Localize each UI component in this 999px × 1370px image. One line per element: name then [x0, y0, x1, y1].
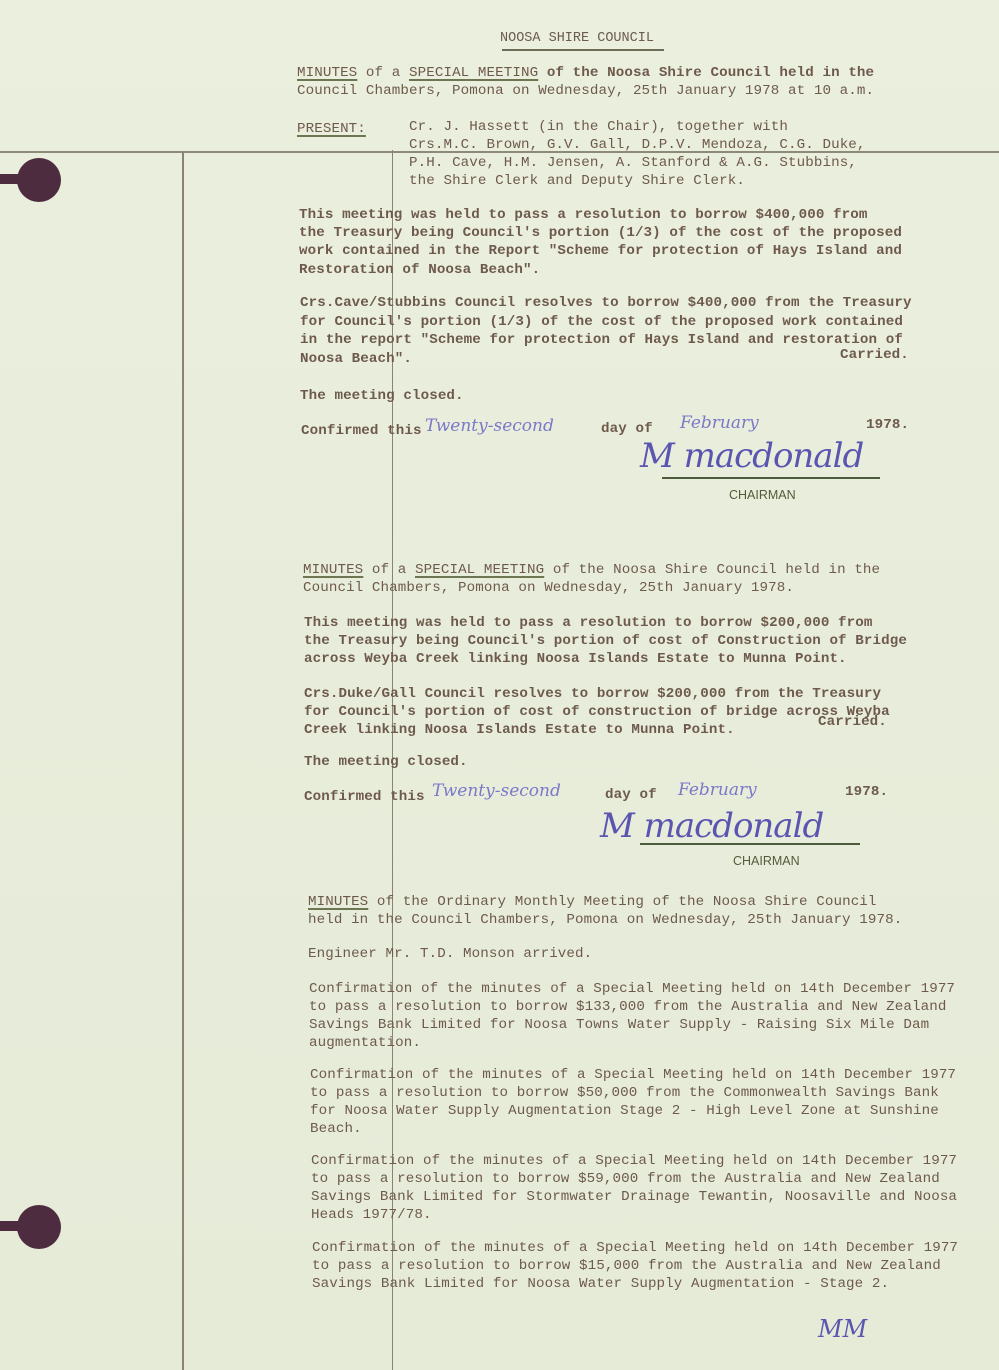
initials-signature: MM — [818, 1315, 867, 1343]
confirmation-line: Confirmation of the minutes of a Special… — [312, 1239, 958, 1257]
meeting-closed: The meeting closed. — [300, 387, 464, 405]
resolution-line: in the report "Scheme for protection of … — [300, 331, 903, 349]
document-page: NOOSA SHIRE COUNCIL MINUTES of a SPECIAL… — [0, 0, 999, 1370]
present-label: PRESENT: — [297, 120, 366, 138]
confirmation-line: Savings Bank Limited for Noosa Water Sup… — [312, 1275, 889, 1293]
carried-label: Carried. — [840, 346, 909, 364]
present-line: Cr. J. Hassett (in the Chair), together … — [409, 118, 788, 136]
section2-heading-line2: Council Chambers, Pomona on Wednesday, 2… — [303, 579, 794, 597]
resolution-line: Creek linking Noosa Islands Estate to Mu… — [304, 721, 735, 739]
handwritten-day: Twenty-second — [425, 416, 554, 436]
chairman-signature: M macdonald — [600, 806, 823, 846]
confirmation-line: Confirmation of the minutes of a Special… — [309, 980, 955, 998]
present-line: the Shire Clerk and Deputy Shire Clerk. — [409, 172, 745, 190]
document-title: NOOSA SHIRE COUNCIL — [500, 31, 654, 46]
confirmation-line: to pass a resolution to borrow $50,000 f… — [310, 1084, 939, 1102]
section3-heading-line1: MINUTES of the Ordinary Monthly Meeting … — [308, 893, 877, 911]
section1-heading-line1: MINUTES of a SPECIAL MEETING of the Noos… — [297, 64, 874, 82]
handwritten-day: Twenty-second — [432, 781, 561, 801]
resolution-line: for Council's portion of cost of constru… — [304, 703, 890, 721]
purpose-line: the Treasury being Council's portion (1/… — [299, 224, 902, 242]
confirmation-line: to pass a resolution to borrow $59,000 f… — [311, 1170, 940, 1188]
signature-line — [662, 477, 880, 479]
meeting-closed: The meeting closed. — [304, 753, 468, 771]
purpose-line: across Weyba Creek linking Noosa Islands… — [304, 650, 847, 668]
confirmation-line: for Noosa Water Supply Augmentation Stag… — [310, 1102, 939, 1120]
section3-heading-line2: held in the Council Chambers, Pomona on … — [308, 911, 902, 929]
purpose-line: the Treasury being Council's portion of … — [304, 632, 907, 650]
confirmation-line: Savings Bank Limited for Noosa Towns Wat… — [309, 1016, 929, 1034]
present-line: P.H. Cave, H.M. Jensen, A. Stanford & A.… — [409, 154, 857, 172]
chairman-label: CHAIRMAN — [733, 854, 800, 868]
confirmed-prefix: Confirmed this — [301, 422, 422, 440]
handwritten-month: February — [678, 780, 757, 800]
confirmation-line: augmentation. — [309, 1034, 421, 1052]
confirmation-line: to pass a resolution to borrow $133,000 … — [309, 998, 946, 1016]
confirmed-year: 1978. — [866, 416, 909, 434]
purpose-line: This meeting was held to pass a resoluti… — [304, 614, 873, 632]
section1-heading-line2: Council Chambers, Pomona on Wednesday, 2… — [297, 82, 874, 100]
arrival-note: Engineer Mr. T.D. Monson arrived. — [308, 945, 592, 963]
confirmation-line: Heads 1977/78. — [311, 1206, 432, 1224]
resolution-line: for Council's portion (1/3) of the cost … — [300, 313, 903, 331]
section2-heading-line1: MINUTES of a SPECIAL MEETING of the Noos… — [303, 561, 880, 579]
confirmed-year: 1978. — [845, 783, 888, 801]
chairman-signature: M macdonald — [640, 436, 863, 476]
confirmation-line: Confirmation of the minutes of a Special… — [310, 1066, 956, 1084]
resolution-line: Crs.Cave/Stubbins Council resolves to bo… — [300, 294, 912, 312]
binder-hole-icon — [17, 158, 61, 202]
purpose-line: work contained in the Report "Scheme for… — [299, 242, 902, 260]
purpose-line: This meeting was held to pass a resoluti… — [299, 206, 868, 224]
confirmed-mid: day of — [605, 786, 657, 804]
resolution-line: Noosa Beach". — [300, 350, 412, 368]
chairman-label: CHAIRMAN — [729, 488, 796, 502]
handwritten-month: February — [680, 413, 759, 433]
signature-line — [640, 843, 860, 845]
ledger-rule-margin — [182, 152, 184, 1370]
resolution-line: Crs.Duke/Gall Council resolves to borrow… — [304, 685, 881, 703]
confirmed-prefix: Confirmed this — [304, 788, 425, 806]
present-line: Crs.M.C. Brown, G.V. Gall, D.P.V. Mendoz… — [409, 136, 866, 154]
purpose-line: Restoration of Noosa Beach". — [299, 261, 540, 279]
confirmation-line: Savings Bank Limited for Stormwater Drai… — [311, 1188, 957, 1206]
confirmation-line: Beach. — [310, 1120, 362, 1138]
carried-label: Carried. — [818, 713, 887, 731]
confirmation-line: Confirmation of the minutes of a Special… — [311, 1152, 957, 1170]
binder-hole-icon — [17, 1205, 61, 1249]
title-underline — [502, 49, 664, 51]
confirmation-line: to pass a resolution to borrow $15,000 f… — [312, 1257, 941, 1275]
